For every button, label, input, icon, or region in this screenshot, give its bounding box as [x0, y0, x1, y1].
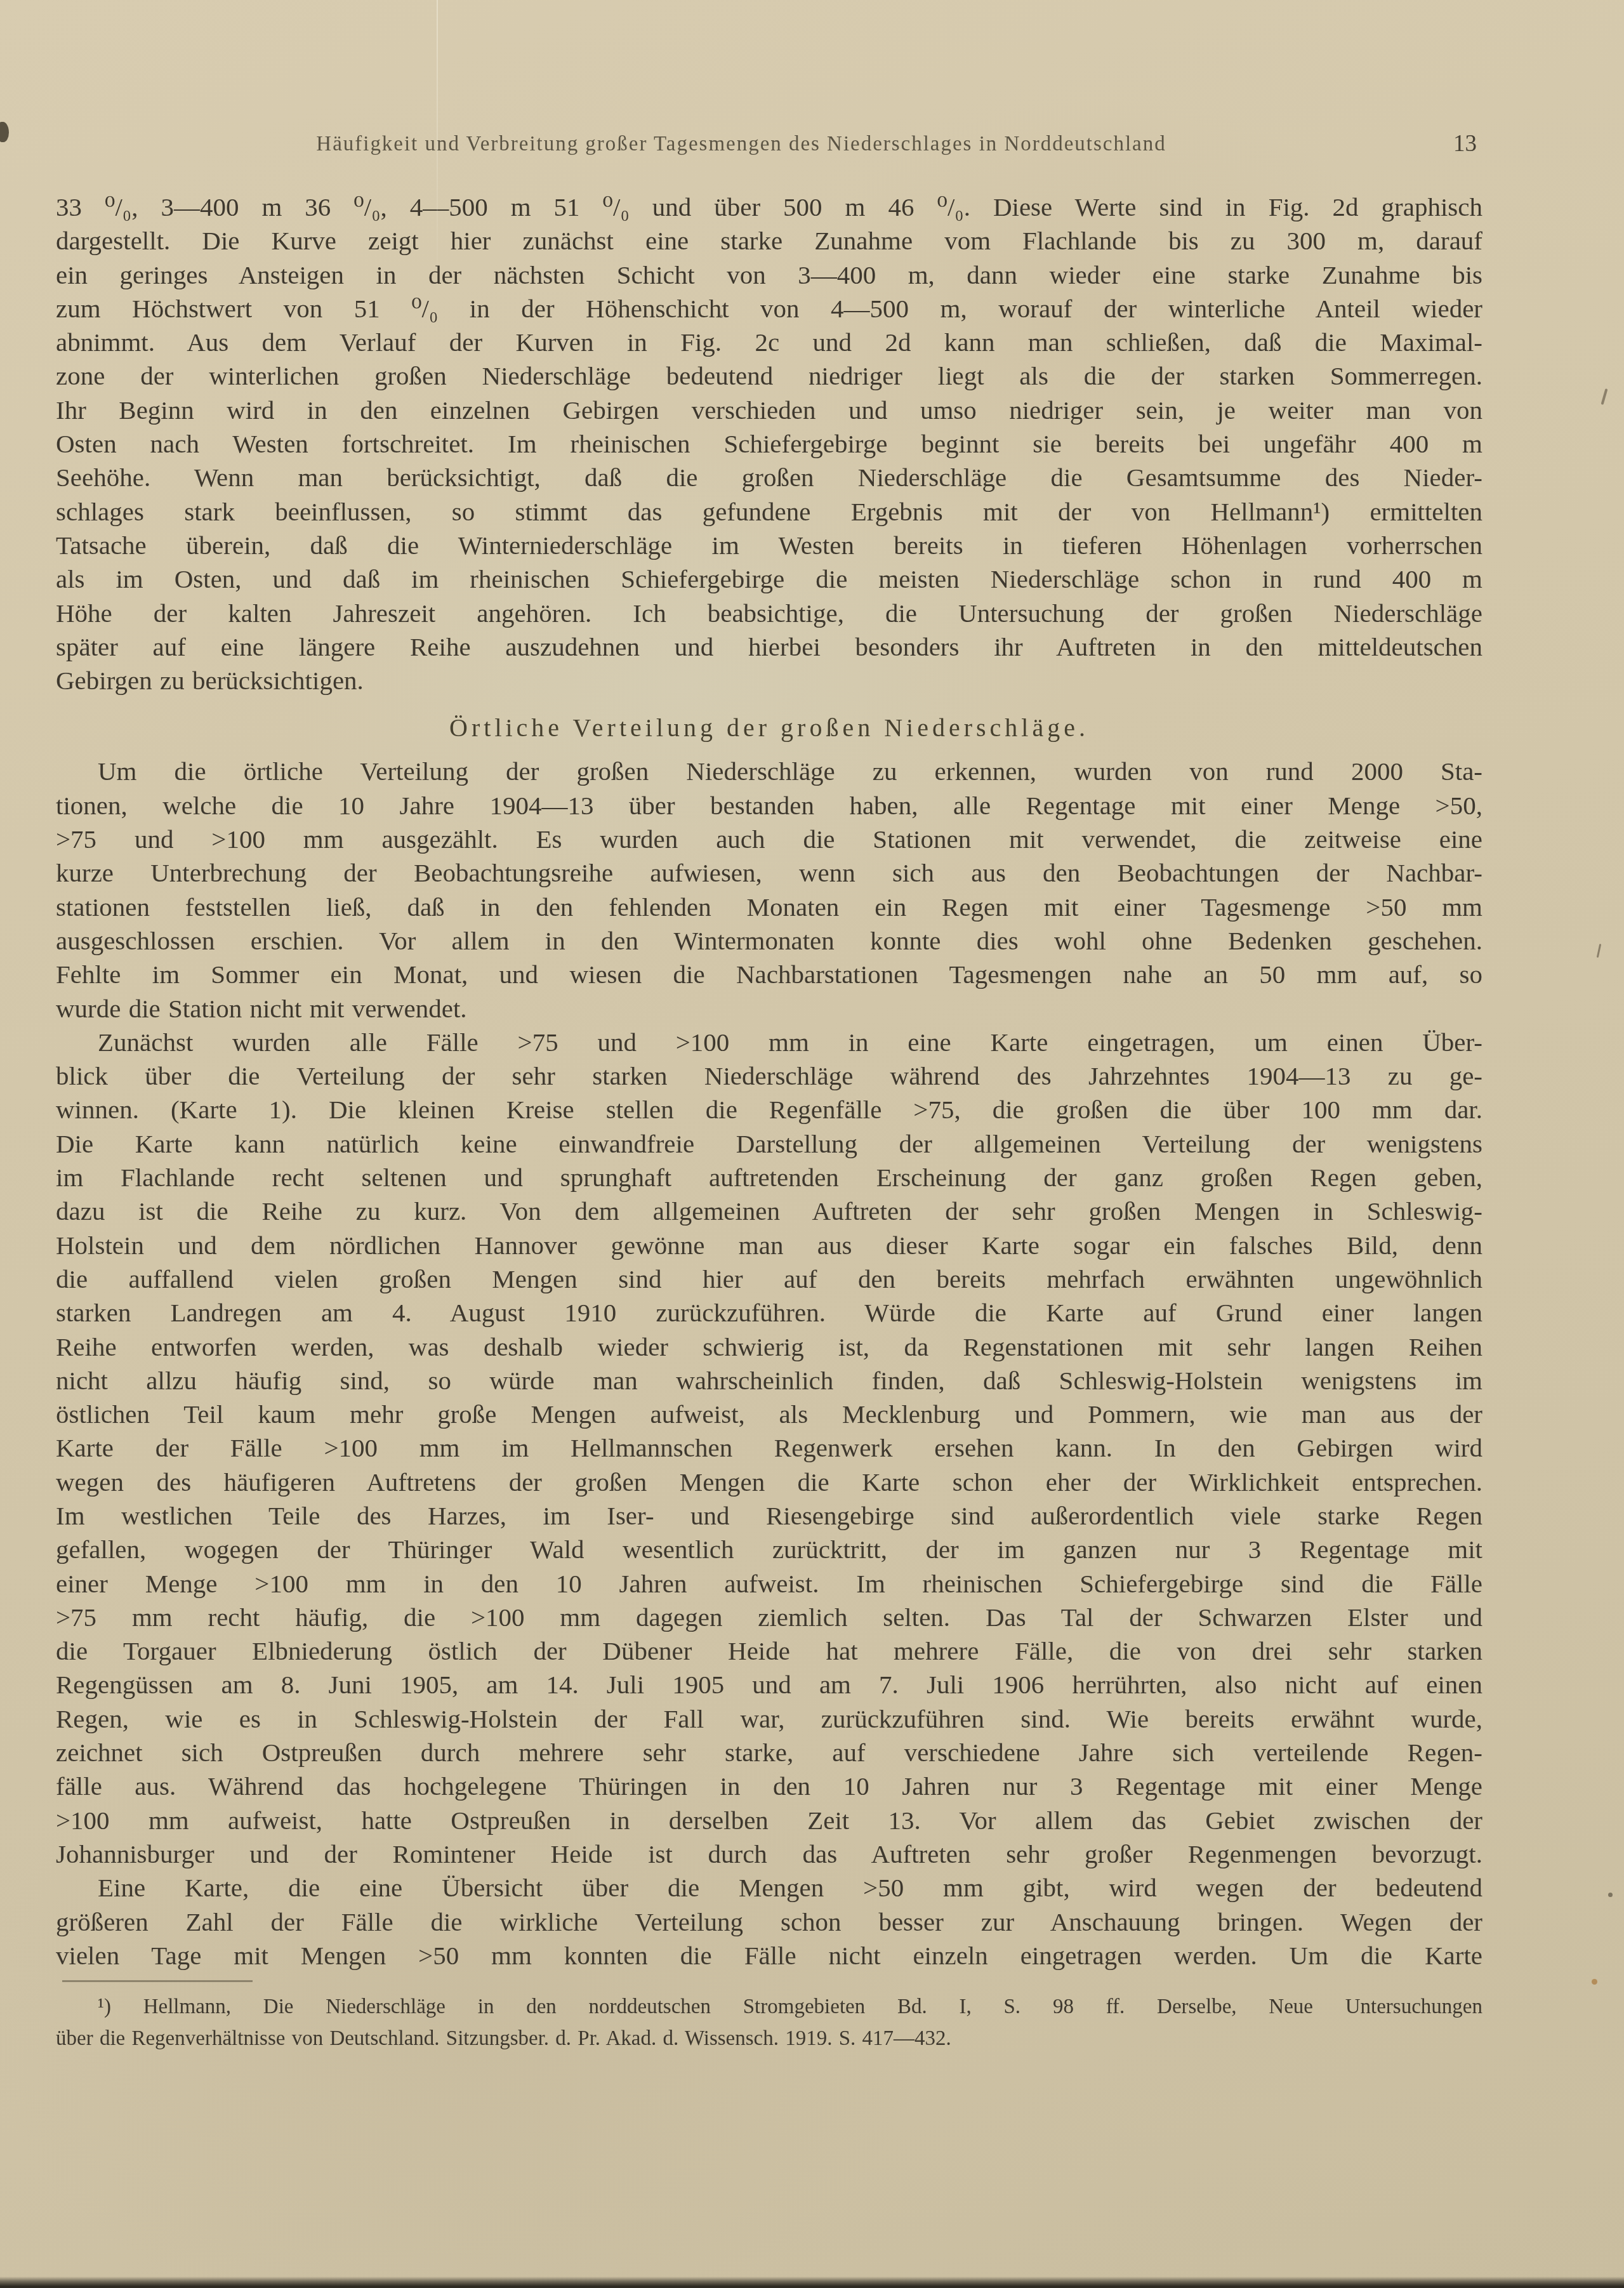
- paper-crease: [437, 0, 438, 298]
- paragraph: Zunächst wurden alle Fälle >75 und >100 …: [56, 1026, 1482, 1871]
- text-line: östlichen Teil kaum mehr große Mengen au…: [56, 1398, 1482, 1431]
- scan-edge: [0, 2277, 1624, 2288]
- text-line: kurze Unterbrechung der Beobachtungsreih…: [56, 856, 1482, 890]
- text-line: im Flachlande recht seltenen und sprungh…: [56, 1161, 1482, 1194]
- paragraph: Eine Karte, die eine Übersicht über die …: [56, 1871, 1482, 1973]
- text-line: Höhe der kalten Jahreszeit angehören. Ic…: [56, 597, 1482, 630]
- ink-slash: [1601, 388, 1607, 405]
- text-line: einer Menge >100 mm in den 10 Jahren auf…: [56, 1567, 1482, 1601]
- section-heading: Örtliche Verteilung der großen Niedersch…: [56, 713, 1482, 743]
- footnote-text: ¹) Hellmann, Die Niederschläge in den no…: [56, 1991, 1482, 2054]
- text-line: als im Osten, und daß im rheinischen Sch…: [56, 562, 1482, 596]
- ink-speck: [720, 315, 723, 318]
- page-number: 13: [1453, 130, 1477, 158]
- ink-speck: [0, 122, 9, 142]
- text-line: Um die örtliche Verteilung der großen Ni…: [56, 755, 1482, 788]
- footnote-rule: [62, 1980, 253, 1982]
- text-line: Holstein und dem nördlichen Hannover gew…: [56, 1229, 1482, 1262]
- text-line: abnimmt. Aus dem Verlauf der Kurven in F…: [56, 326, 1482, 359]
- text-line: Gebirgen zu berücksichtigen.: [56, 664, 1482, 698]
- text-line: gefallen, wogegen der Thüringer Wald wes…: [56, 1533, 1482, 1566]
- ink-speck: [1608, 1893, 1613, 1897]
- text-line: >75 mm recht häufig, die >100 mm dagegen…: [56, 1601, 1482, 1634]
- text-line: schlages stark beeinflussen, so stimmt d…: [56, 495, 1482, 529]
- text-line: wegen des häufigeren Auftretens der groß…: [56, 1465, 1482, 1499]
- text-line: die Torgauer Elbniederung östlich der Dü…: [56, 1634, 1482, 1668]
- text-line: >75 und >100 mm ausgezählt. Es wurden au…: [56, 823, 1482, 856]
- text-line: winnen. (Karte 1). Die kleinen Kreise st…: [56, 1093, 1482, 1127]
- scanned-page: Häufigkeit und Verbreitung großer Tagesm…: [0, 0, 1624, 2288]
- running-head-title: Häufigkeit und Verbreitung großer Tagesm…: [56, 130, 1427, 158]
- text-line: dargestellt. Die Kurve zeigt hier zunäch…: [56, 224, 1482, 258]
- text-line: Zunächst wurden alle Fälle >75 und >100 …: [56, 1026, 1482, 1059]
- text-line: Die Karte kann natürlich keine einwandfr…: [56, 1127, 1482, 1161]
- text-line: zone der winterlichen großen Niederschlä…: [56, 359, 1482, 393]
- text-line: später auf eine längere Reihe auszudehne…: [56, 630, 1482, 664]
- text-line: Regengüssen am 8. Juni 1905, am 14. Juli…: [56, 1668, 1482, 1702]
- text-line: Johannisburger und der Romintener Heide …: [56, 1837, 1482, 1871]
- text-line: Im westlichen Teile des Harzes, im Iser-…: [56, 1499, 1482, 1533]
- running-head: Häufigkeit und Verbreitung großer Tagesm…: [56, 130, 1488, 158]
- paragraph: Um die örtliche Verteilung der großen Ni…: [56, 755, 1482, 1025]
- text-line: nicht allzu häufig sind, so würde man wa…: [56, 1364, 1482, 1398]
- text-line: fälle aus. Während das hochgelegene Thür…: [56, 1769, 1482, 1803]
- text-line: wurde die Station nicht mit verwendet.: [56, 992, 1482, 1026]
- text-line: Reihe entworfen werden, was deshalb wied…: [56, 1330, 1482, 1364]
- text-line: vielen Tage mit Mengen >50 mm konnten di…: [56, 1939, 1482, 1973]
- text-line: >100 mm aufweist, hatte Ostpreußen in de…: [56, 1804, 1482, 1837]
- text-line: größeren Zahl der Fälle die wirkliche Ve…: [56, 1905, 1482, 1939]
- text-line: ¹) Hellmann, Die Niederschläge in den no…: [56, 1991, 1482, 2023]
- text-line: starken Landregen am 4. August 1910 zurü…: [56, 1296, 1482, 1330]
- footnote: ¹) Hellmann, Die Niederschläge in den no…: [56, 1980, 1482, 2054]
- ink-slash: [1597, 944, 1602, 958]
- text-line: Tatsache überein, daß die Winterniedersc…: [56, 529, 1482, 562]
- text-line: über die Regenverhältnisse von Deutschla…: [56, 2023, 1482, 2054]
- text-line: Osten nach Westen fortschreitet. Im rhei…: [56, 427, 1482, 461]
- text-line: 33 ⁰/₀, 3—400 m 36 ⁰/₀, 4—500 m 51 ⁰/₀ u…: [56, 190, 1482, 224]
- text-line: Regen, wie es in Schleswig-Holstein der …: [56, 1702, 1482, 1736]
- text-line: zum Höchstwert von 51 ⁰/₀ in der Höhensc…: [56, 292, 1482, 326]
- text-line: die auffallend vielen großen Mengen sind…: [56, 1262, 1482, 1296]
- paragraph: 33 ⁰/₀, 3—400 m 36 ⁰/₀, 4—500 m 51 ⁰/₀ u…: [56, 190, 1482, 698]
- text-line: ein geringes Ansteigen in der nächsten S…: [56, 258, 1482, 292]
- text-line: stationen feststellen ließ, daß in den f…: [56, 890, 1482, 924]
- text-line: ausgeschlossen erschien. Vor allem in de…: [56, 924, 1482, 958]
- text-line: Ihr Beginn wird in den einzelnen Gebirge…: [56, 393, 1482, 427]
- text-line: zeichnet sich Ostpreußen durch mehrere s…: [56, 1736, 1482, 1769]
- text-line: Seehöhe. Wenn man berücksichtigt, daß di…: [56, 461, 1482, 494]
- text-block: 33 ⁰/₀, 3—400 m 36 ⁰/₀, 4—500 m 51 ⁰/₀ u…: [56, 190, 1482, 2054]
- text-line: Karte der Fälle >100 mm im Hellmannschen…: [56, 1431, 1482, 1465]
- ink-speck: [1592, 1979, 1597, 1985]
- text-line: blick über die Verteilung der sehr stark…: [56, 1059, 1482, 1093]
- text-line: tionen, welche die 10 Jahre 1904—13 über…: [56, 789, 1482, 823]
- text-line: dazu ist die Reihe zu kurz. Von dem allg…: [56, 1194, 1482, 1228]
- text-line: Fehlte im Sommer ein Monat, und wiesen d…: [56, 958, 1482, 991]
- text-line: Eine Karte, die eine Übersicht über die …: [56, 1871, 1482, 1905]
